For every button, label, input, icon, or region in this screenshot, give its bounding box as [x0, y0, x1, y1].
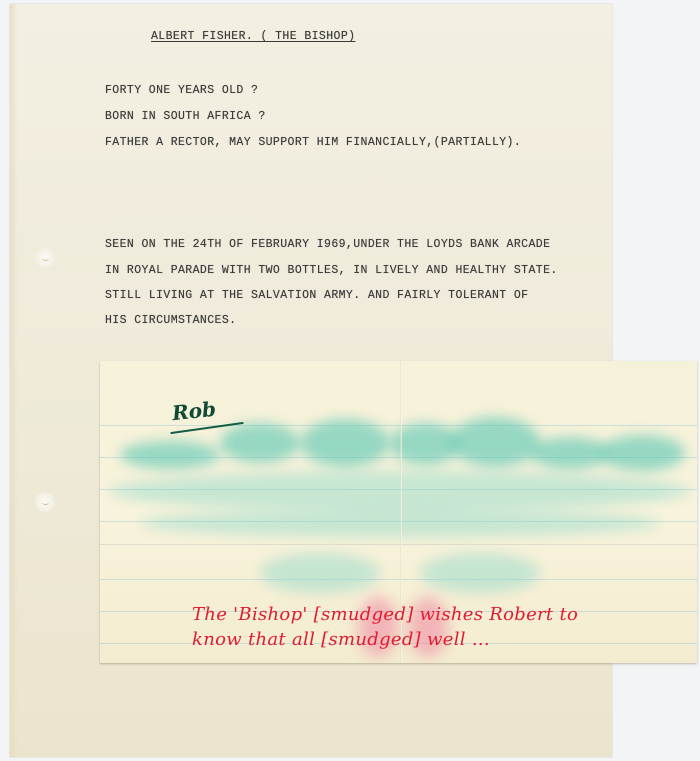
sighting-line: IN ROYAL PARADE WITH TWO BOTTLES, IN LIV… — [105, 264, 558, 277]
fold-crease — [100, 544, 697, 546]
document-title: ALBERT FISHER. ( THE BISHOP) — [151, 30, 355, 43]
attached-handwritten-note: Rob The 'Bishop' [smudged] wishes Robert… — [100, 361, 697, 663]
sighting-line: STILL LIVING AT THE SALVATION ARMY. AND … — [105, 289, 528, 302]
sighting-line: HIS CIRCUMSTANCES. — [105, 314, 236, 327]
ruled-line — [100, 579, 697, 580]
detail-line: FORTY ONE YEARS OLD ? — [105, 84, 258, 97]
punch-hole — [34, 248, 56, 268]
sighting-line: SEEN ON THE 24TH OF FEBRUARY I969,UNDER … — [105, 238, 550, 251]
ruled-line — [100, 425, 697, 426]
detail-line: BORN IN SOUTH AFRICA ? — [105, 110, 266, 123]
detail-line: FATHER A RECTOR, MAY SUPPORT HIM FINANCI… — [105, 136, 521, 149]
handwritten-line: know that all [smudged] well ... — [192, 629, 490, 650]
signature-rob: Rob — [171, 397, 217, 425]
handwritten-line: The 'Bishop' [smudged] wishes Robert to — [192, 604, 578, 625]
punch-hole — [34, 492, 56, 512]
